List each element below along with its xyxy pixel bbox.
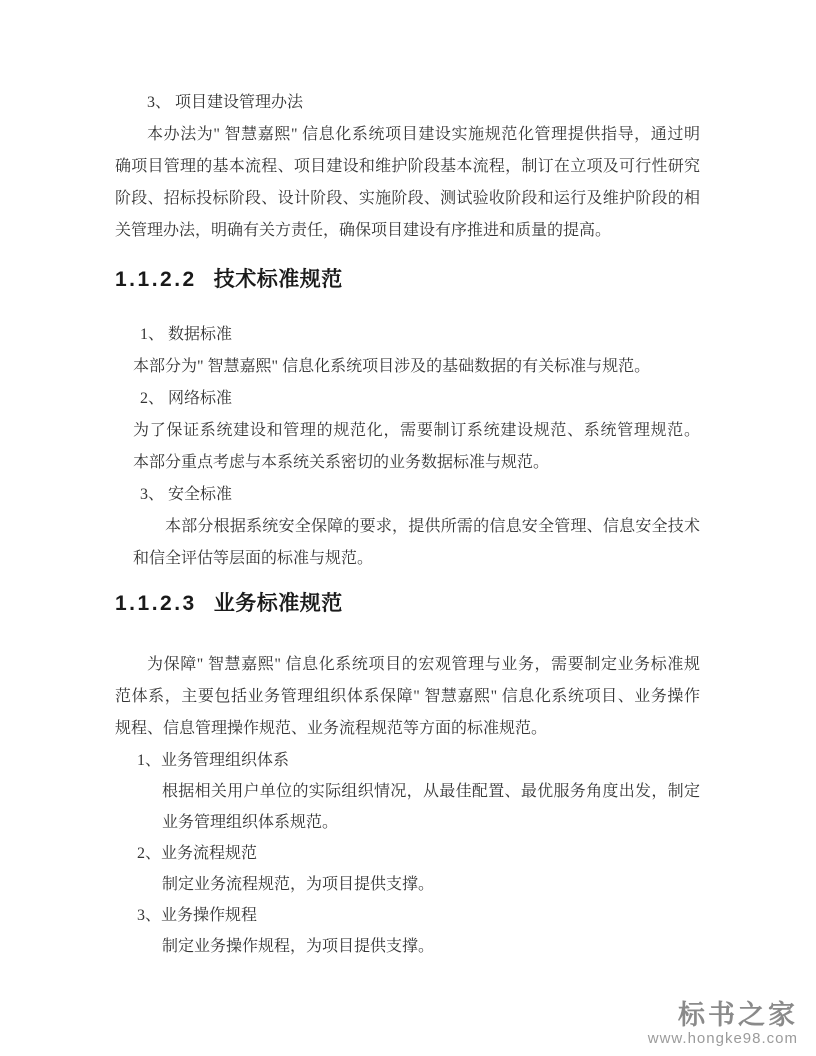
section-number: 1.1.2.3	[115, 592, 197, 615]
text-line: 本部分重点考虑与本系统关系密切的业务数据标准与规范。	[133, 447, 700, 479]
numbered-item-security-standard: 3、 安全标准	[140, 479, 700, 511]
watermark: 标书之家 www.hongke98.com	[648, 1002, 798, 1048]
text-line: 制定业务操作规程，为项目提供支撑。	[162, 931, 700, 962]
section-title: 业务标准规范	[214, 592, 343, 615]
text-line: 确项目管理的基本流程、项目建设和维护阶段基本流程，制订在立项及可行性研究	[115, 151, 700, 183]
business-standards-list: 1、业务管理组织体系 根据相关用户单位的实际组织情况，从最佳配置、最优服务角度出…	[115, 745, 700, 962]
technical-standards-list: 1、 数据标准 本部分为" 智慧嘉熙" 信息化系统项目涉及的基础数据的有关标准与…	[115, 319, 700, 575]
watermark-logo-text: 标书之家	[648, 1002, 798, 1029]
text-line: 本部分为" 智慧嘉熙" 信息化系统项目涉及的基础数据的有关标准与规范。	[133, 351, 700, 383]
text-line: 业务管理组织体系规范。	[162, 807, 700, 838]
text-line: 关管理办法，明确有关方责任，确保项目建设有序推进和质量的提高。	[115, 215, 700, 247]
text-line: 为了保证系统建设和管理的规范化，需要制订系统建设规范、系统管理规范。	[133, 415, 700, 447]
document-body: 3、 项目建设管理办法 本办法为" 智慧嘉熙" 信息化系统项目建设实施规范化管理…	[115, 87, 700, 962]
section-number: 1.1.2.2	[115, 268, 197, 291]
text-line: 规程、信息管理操作规范、业务流程规范等方面的标准规范。	[115, 713, 700, 745]
numbered-item-data-standard: 1、 数据标准	[140, 319, 700, 351]
text-line: 和信全评估等层面的标准与规范。	[133, 543, 700, 575]
document-page: 3、 项目建设管理办法 本办法为" 智慧嘉熙" 信息化系统项目建设实施规范化管理…	[0, 0, 816, 1056]
text-line: 本部分根据系统安全保障的要求，提供所需的信息安全管理、信息安全技术	[133, 511, 700, 543]
text-line: 制定业务流程规范，为项目提供支撑。	[162, 869, 700, 900]
text-line: 根据相关用户单位的实际组织情况，从最佳配置、最优服务角度出发，制定	[162, 776, 700, 807]
watermark-url: www.hongke98.com	[648, 1031, 798, 1048]
text-line: 阶段、招标投标阶段、设计阶段、实施阶段、测试验收阶段和运行及维护阶段的相	[115, 183, 700, 215]
text-line: 范体系，主要包括业务管理组织体系保障" 智慧嘉熙" 信息化系统项目、业务操作	[115, 681, 700, 713]
text-line: 本办法为" 智慧嘉熙" 信息化系统项目建设实施规范化管理提供指导，通过明	[115, 119, 700, 151]
numbered-item-business-process-spec: 2、业务流程规范	[137, 838, 700, 869]
numbered-item-business-operation-rules: 3、业务操作规程	[137, 900, 700, 931]
section-title: 技术标准规范	[214, 268, 343, 291]
section-heading-technical-standards: 1.1.2.2技术标准规范	[115, 265, 700, 295]
section-heading-business-standards: 1.1.2.3业务标准规范	[115, 589, 700, 619]
numbered-item-network-standard: 2、 网络标准	[140, 383, 700, 415]
text-line: 为保障" 智慧嘉熙" 信息化系统项目的宏观管理与业务，需要制定业务标准规	[115, 649, 700, 681]
numbered-item-business-org-system: 1、业务管理组织体系	[137, 745, 700, 776]
numbered-item-project-management: 3、 项目建设管理办法	[115, 87, 700, 119]
